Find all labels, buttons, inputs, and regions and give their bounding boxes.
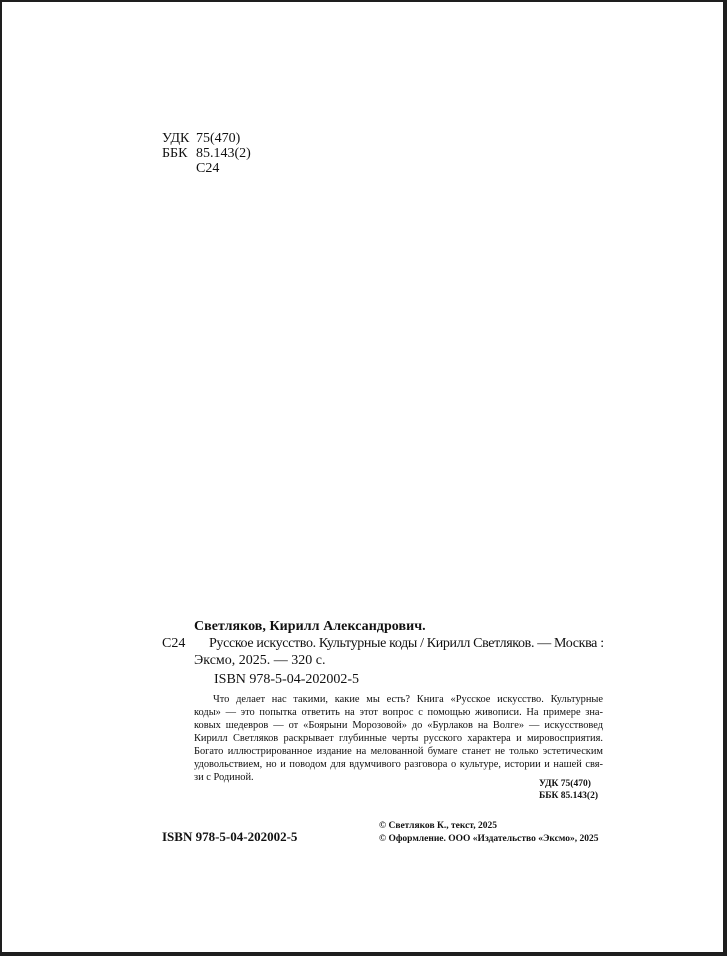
catalog-author: Светляков, Кирилл Александрович. — [194, 619, 426, 635]
copyright-text: © Светляков К., текст, 2025 — [379, 820, 598, 833]
abstract-line: коды» — это попытка ответить на этот воп… — [194, 706, 603, 719]
bbk-code: ББК 85.143(2) — [539, 790, 598, 802]
abstract-line: удовольствием, но и поводом для вдумчиво… — [194, 758, 603, 771]
udk-row: УДК 75(470) — [162, 131, 251, 146]
author-mark: С24 — [162, 161, 251, 176]
copyright-block: © Светляков К., текст, 2025 © Оформление… — [379, 820, 598, 846]
classification-block-top: УДК 75(470) ББК 85.143(2) С24 — [162, 131, 251, 176]
catalog-publisher-line: Эксмо, 2025. — 320 с. — [194, 653, 325, 669]
footer-isbn: ISBN 978-5-04-202002-5 — [162, 829, 297, 845]
abstract-line: ковых шедевров — от «Боярыни Морозовой» … — [194, 719, 603, 732]
abstract-line: Что делает нас такими, какие мы есть? Кн… — [194, 693, 603, 706]
udk-value: 75(470) — [196, 131, 240, 146]
copyright-design: © Оформление. ООО «Издательство «Эксмо»,… — [379, 833, 598, 846]
udk-code: УДК 75(470) — [539, 778, 598, 790]
catalog-title-line: Русское искусство. Культурные коды / Кир… — [209, 636, 604, 652]
catalog-abstract: Что делает нас такими, какие мы есть? Кн… — [194, 693, 603, 784]
book-imprint-page: УДК 75(470) ББК 85.143(2) С24 Светляков,… — [0, 0, 727, 956]
udk-label: УДК — [162, 131, 196, 146]
classification-block-bottom: УДК 75(470) ББК 85.143(2) — [539, 778, 598, 802]
catalog-isbn: ISBN 978-5-04-202002-5 — [214, 672, 359, 688]
catalog-author-mark: С24 — [162, 636, 185, 652]
bbk-row: ББК 85.143(2) — [162, 146, 251, 161]
abstract-line: Богато иллюстрированное издание на мелов… — [194, 745, 603, 758]
abstract-line: Кирилл Светляков раскрывает глубинные че… — [194, 732, 603, 745]
bbk-value: 85.143(2) — [196, 146, 251, 161]
bbk-label: ББК — [162, 146, 196, 161]
